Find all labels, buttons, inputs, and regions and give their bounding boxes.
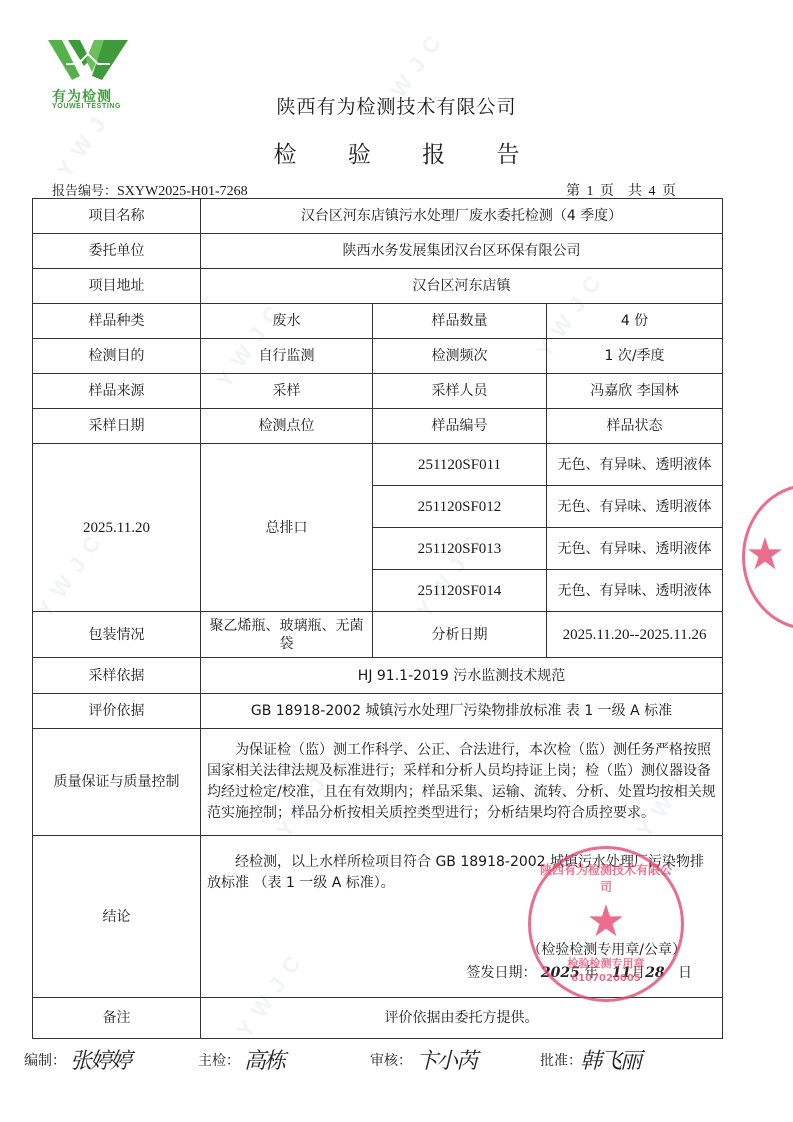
inspector-signature: 高栋: [244, 1044, 284, 1075]
seal-text: 陕西有为检测技术有限公司: [539, 861, 673, 895]
value-sample-count: 4 份: [547, 304, 723, 339]
header-sample-state: 样品状态: [547, 409, 723, 444]
signature-row: 编制： 张婷婷 主检： 高栋 审核： 卞小芮 批准： 韩飞丽: [20, 1040, 780, 1080]
label-source: 样品来源: [33, 374, 201, 409]
sample-id: 251120SF012: [373, 486, 547, 528]
report-title: 检 验 报 告: [0, 136, 793, 169]
row-address: 项目地址 汉台区河东店镇: [33, 269, 723, 304]
approver-signature: 韩飞丽: [580, 1044, 640, 1075]
compiled-signature: 张婷婷: [70, 1044, 130, 1075]
value-samplers: 冯嘉欣 李国林: [547, 374, 723, 409]
label-sampling-basis: 采样依据: [33, 658, 201, 694]
header-sample-id: 样品编号: [373, 409, 547, 444]
label-packaging: 包装情况: [33, 612, 201, 658]
label-sample-count: 样品数量: [373, 304, 547, 339]
row-sampling-basis: 采样依据 HJ 91.1-2019 污水监测技术规范: [33, 658, 723, 694]
value-remarks: 评价依据由委托方提供。: [201, 998, 723, 1039]
logo-w-icon: [46, 36, 130, 82]
sample-id: 251120SF013: [373, 528, 547, 570]
row-sample-header: 采样日期 检测点位 样品编号 样品状态: [33, 409, 723, 444]
reviewer-label: 审核：: [370, 1050, 412, 1070]
inspector-label: 主检：: [198, 1050, 240, 1070]
value-evaluation-basis: GB 18918-2002 城镇污水处理厂污染物排放标准 表 1 一级 A 标准: [201, 694, 723, 729]
table-row: 2025.11.20 总排口 251120SF011 无色、有异味、透明液体: [33, 444, 723, 486]
sample-state: 无色、有异味、透明液体: [547, 528, 723, 570]
row-client: 委托单位 陕西水务发展集团汉台区环保有限公司: [33, 234, 723, 269]
sample-state: 无色、有异味、透明液体: [547, 486, 723, 528]
value-client: 陕西水务发展集团汉台区环保有限公司: [201, 234, 723, 269]
value-source: 采样: [201, 374, 373, 409]
value-analysis-date: 2025.11.20--2025.11.26: [547, 612, 723, 658]
value-project-name: 汉台区河东店镇污水处理厂废水委托检测（4 季度）: [201, 199, 723, 234]
value-qa: 为保证检（监）测工作科学、公正、合法进行，本次检（监）测任务严格按照国家相关法律…: [201, 729, 723, 836]
row-project-name: 项目名称 汉台区河东店镇污水处理厂废水委托检测（4 季度）: [33, 199, 723, 234]
row-packaging: 包装情况 聚乙烯瓶、玻璃瓶、无菌袋 分析日期 2025.11.20--2025.…: [33, 612, 723, 658]
value-frequency: 1 次/季度: [547, 339, 723, 374]
company-name: 陕西有为检测技术有限公司: [0, 92, 793, 119]
label-address: 项目地址: [33, 269, 201, 304]
sample-state: 无色、有异味、透明液体: [547, 570, 723, 612]
label-sample-type: 样品种类: [33, 304, 201, 339]
label-conclusion: 结论: [33, 836, 201, 998]
row-evaluation-basis: 评价依据 GB 18918-2002 城镇污水处理厂污染物排放标准 表 1 一级…: [33, 694, 723, 729]
reviewer-signature: 卞小芮: [416, 1044, 476, 1075]
label-evaluation-basis: 评价依据: [33, 694, 201, 729]
sample-id: 251120SF011: [373, 444, 547, 486]
report-number: 报告编号：SXYW2025-H01-7268: [52, 180, 248, 200]
label-qa: 质量保证与质量控制: [33, 729, 201, 836]
row-purpose: 检测目的 自行监测 检测频次 1 次/季度: [33, 339, 723, 374]
row-source: 样品来源 采样 采样人员 冯嘉欣 李国林: [33, 374, 723, 409]
label-samplers: 采样人员: [373, 374, 547, 409]
value-address: 汉台区河东店镇: [201, 269, 723, 304]
value-packaging: 聚乙烯瓶、玻璃瓶、无菌袋: [201, 612, 373, 658]
value-sampling-point: 总排口: [201, 444, 373, 612]
seal-code: 6107020005: [531, 973, 681, 984]
header-sampling-date: 采样日期: [33, 409, 201, 444]
compiled-label: 编制：: [24, 1050, 66, 1070]
label-project-name: 项目名称: [33, 199, 201, 234]
row-remarks: 备注 评价依据由委托方提供。: [33, 998, 723, 1039]
star-icon: ★: [745, 533, 784, 577]
label-purpose: 检测目的: [33, 339, 201, 374]
issue-date-label: 签发日期：: [466, 965, 536, 981]
label-analysis-date: 分析日期: [373, 612, 547, 658]
row-qa: 质量保证与质量控制 为保证检（监）测工作科学、公正、合法进行，本次检（监）测任务…: [33, 729, 723, 836]
seal-subtext: 检验检测专用章: [531, 955, 681, 971]
report-number-value: SXYW2025-H01-7268: [117, 184, 248, 199]
label-frequency: 检测频次: [373, 339, 547, 374]
official-seal: ★ 陕西有为检测技术有限公司 检验检测专用章 6107020005: [528, 846, 684, 1002]
edge-seal: ★: [742, 484, 793, 630]
row-sample-type: 样品种类 废水 样品数量 4 份: [33, 304, 723, 339]
value-sampling-date: 2025.11.20: [33, 444, 201, 612]
star-icon: ★: [586, 900, 625, 944]
sample-state: 无色、有异味、透明液体: [547, 444, 723, 486]
sample-id: 251120SF014: [373, 570, 547, 612]
value-sampling-basis: HJ 91.1-2019 污水监测技术规范: [201, 658, 723, 694]
label-client: 委托单位: [33, 234, 201, 269]
page-info: 第 1 页 共 4 页: [566, 180, 676, 200]
report-number-label: 报告编号：: [52, 184, 117, 199]
approver-label: 批准：: [540, 1050, 582, 1070]
value-sample-type: 废水: [201, 304, 373, 339]
label-remarks: 备注: [33, 998, 201, 1039]
header-sampling-point: 检测点位: [201, 409, 373, 444]
value-purpose: 自行监测: [201, 339, 373, 374]
